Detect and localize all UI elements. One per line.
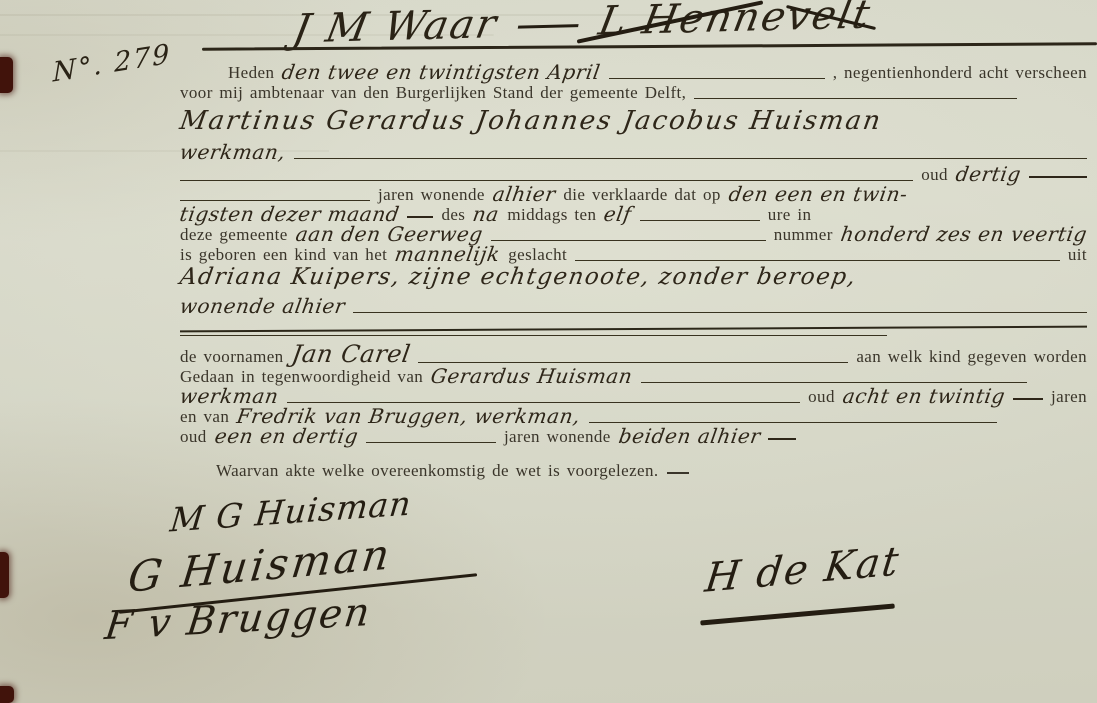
fill-rule xyxy=(640,220,760,221)
fill-rule xyxy=(180,200,370,201)
fill-rule xyxy=(353,312,1087,313)
line-mother: Adriana Kuipers, zijne echtgenoote, zond… xyxy=(180,266,1087,289)
line-residence-declaration: jaren wonende alhier die verklaarde dat … xyxy=(180,184,1087,204)
oud3-label: oud xyxy=(180,428,207,446)
act-body: Heden den twee en twintigsten April , ne… xyxy=(180,60,1087,540)
line-closing: Waarvan akte welke overeenkomstig de wet… xyxy=(216,462,1087,480)
signature-registrar-flourish xyxy=(700,604,895,625)
line-declarant-age: oud dertig xyxy=(180,164,1087,184)
witness1-name: Gerardus Huisman xyxy=(430,366,635,386)
mother-name: Adriana Kuipers, zijne echtgenoote, zond… xyxy=(178,266,858,289)
fill-rule xyxy=(180,180,913,181)
year-text: , negentienhonderd acht verscheen xyxy=(833,64,1087,82)
edge-mark-middle xyxy=(0,552,9,598)
born-label: is geboren een kind van het xyxy=(180,246,387,264)
fill-rule xyxy=(575,260,1060,261)
declarant-age: dertig xyxy=(954,164,1022,184)
oud2-label: oud xyxy=(808,388,835,406)
fill-rule xyxy=(287,402,801,403)
fill-rule xyxy=(694,98,1017,99)
child-gender: mannelijk xyxy=(394,244,502,264)
section-divider-top xyxy=(180,326,1087,333)
line-birth-address: deze gemeente aan den Geerweg nummer hon… xyxy=(180,224,1087,244)
middags-label: middags ten xyxy=(507,206,596,224)
edge-mark-bottom xyxy=(0,686,14,703)
fill-rule xyxy=(589,422,997,423)
act-number: N°. 279 xyxy=(52,40,171,86)
fill-rule xyxy=(491,240,766,241)
fill-rule xyxy=(641,382,1027,383)
witness1-occupation: werkman xyxy=(178,386,280,406)
declarant-occupation: werkman, xyxy=(178,142,287,162)
act-number-value: 279 xyxy=(114,38,171,78)
header-inscription-name1: J M Waar xyxy=(289,1,502,52)
birth-address: aan den Geerweg xyxy=(294,224,484,244)
birth-certificate-scan: J M Waar L Hennevelt N°. 279 Heden den t… xyxy=(0,0,1097,703)
voornamen-label: de voornamen xyxy=(180,348,284,366)
birth-hour: elf xyxy=(603,204,634,224)
handwritten-dash xyxy=(768,438,796,440)
witness1-age: acht en twintig xyxy=(841,386,1006,406)
daypart: na xyxy=(472,204,501,224)
gemeente-label: deze gemeente xyxy=(180,226,288,244)
jaren-label: jaren xyxy=(1051,388,1087,406)
witness-residence: beiden alhier xyxy=(617,426,762,446)
witness2-name: Fredrik van Bruggen, werkman, xyxy=(236,406,582,426)
given-label: aan welk kind gegeven worden xyxy=(856,348,1087,366)
line-date: Heden den twee en twintigsten April , ne… xyxy=(180,62,1087,82)
registrar-text: voor mij ambtenaar van den Burgerlijken … xyxy=(180,84,686,102)
handwritten-dash xyxy=(1013,398,1043,400)
line-witness1-age: werkman oud acht en twintig jaren xyxy=(180,386,1087,406)
handwritten-dash xyxy=(407,216,433,218)
declarant-residence: alhier xyxy=(491,184,557,204)
heden-label: Heden xyxy=(228,64,274,82)
mother-residence: wonende alhier xyxy=(178,296,346,316)
line-witness2: en van Fredrik van Bruggen, werkman, xyxy=(180,406,1087,426)
act-number-label: N°. xyxy=(52,49,104,88)
fill-rule xyxy=(609,78,825,79)
line-witness1: Gedaan in tegenwoordigheid van Gerardus … xyxy=(180,366,1087,386)
declared-label: die verklaarde dat op xyxy=(563,186,720,204)
line-registrar: voor mij ambtenaar van den Burgerlijken … xyxy=(180,84,1087,102)
uit-label: uit xyxy=(1068,246,1087,264)
witness2-age: een en dertig xyxy=(213,426,359,446)
line-child-gender: is geboren een kind van het mannelijk ge… xyxy=(180,244,1087,264)
signature-registrar: H de Kat xyxy=(703,541,903,599)
declarant-name: Martinus Gerardus Johannes Jacobus Huism… xyxy=(178,108,884,134)
line-birth-time: tigsten dezer maand des na middags ten e… xyxy=(180,204,1087,224)
closing-text: Waarvan akte welke overeenkomstig de wet… xyxy=(216,462,659,480)
section-divider-bottom xyxy=(180,335,887,336)
edge-mark-top xyxy=(0,57,13,93)
birth-date-part1: den een en twin- xyxy=(727,184,909,204)
fill-rule xyxy=(418,362,848,363)
line-declarant-name: Martinus Gerardus Johannes Jacobus Huism… xyxy=(180,108,1087,134)
date-filled: den twee en twintigsten April xyxy=(281,62,602,82)
child-names: Jan Carel xyxy=(290,342,412,366)
handwritten-dash xyxy=(1029,176,1087,178)
line-witness2-age: oud een en dertig jaren wonende beiden a… xyxy=(180,426,1087,446)
nummer-label: nummer xyxy=(774,226,833,244)
jaren-wonende2-label: jaren wonende xyxy=(504,428,611,446)
printed-dash xyxy=(667,472,689,474)
line-mother-residence: wonende alhier xyxy=(180,296,1087,316)
house-number: honderd zes en veertig xyxy=(839,224,1088,244)
header-inscription-dash xyxy=(517,24,578,29)
line-child-names: de voornamen Jan Carel aan welk kind geg… xyxy=(180,342,1087,366)
fill-rule xyxy=(294,158,1087,159)
geslacht-label: geslacht xyxy=(508,246,567,264)
oud-label: oud xyxy=(921,166,948,184)
ure-label: ure in xyxy=(768,206,812,224)
fill-rule xyxy=(366,442,496,443)
signature-witness2: F v Bruggen xyxy=(103,593,374,646)
line-declarant-occupation: werkman, xyxy=(180,142,1087,162)
birth-date-part2: tigsten dezer maand xyxy=(178,204,401,224)
